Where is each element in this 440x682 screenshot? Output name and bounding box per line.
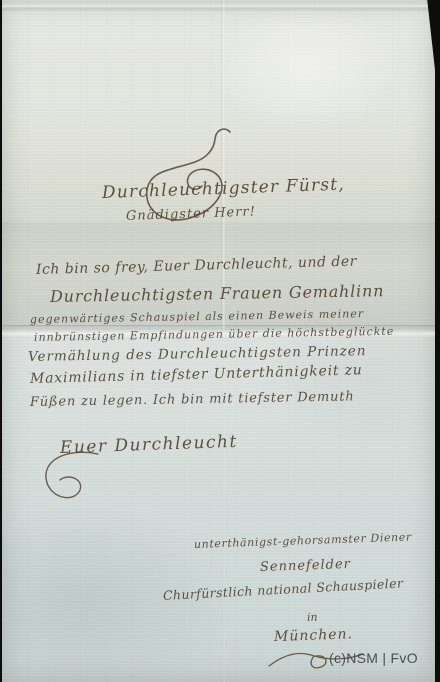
- signature-name: Sennefelder: [260, 557, 351, 575]
- photo-of-letter: Durchleuchtigster Fürst, Gnädigster Herr…: [0, 0, 440, 682]
- signature-connector: in: [307, 611, 318, 624]
- fold-crease-vertical-lower: [222, 330, 226, 682]
- copyright-watermark: (c)NSM | FvO: [329, 650, 418, 666]
- signature-place: München.: [274, 626, 353, 645]
- fold-crease-top: [2, 5, 435, 12]
